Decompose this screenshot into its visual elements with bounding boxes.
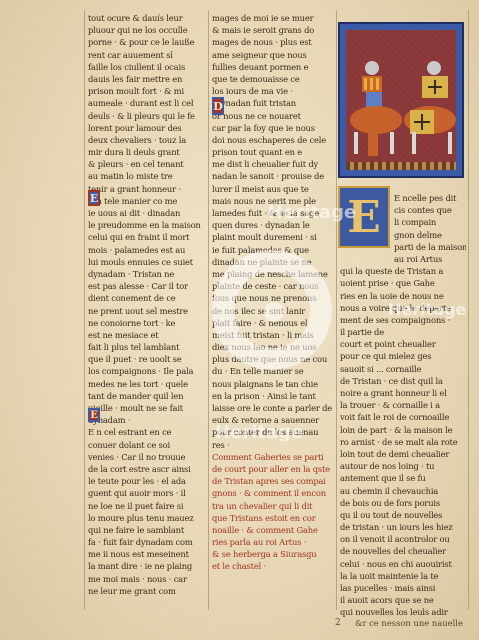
text-line: il auoit acors que se ne	[340, 594, 466, 606]
text-line: la mant dire · ie ne plaing	[88, 560, 206, 572]
ruling-line	[336, 10, 337, 610]
text-line: en la prison · Ainsi le tant	[212, 390, 332, 402]
text-line: me dist li cheualier fuit dy	[212, 158, 332, 170]
folio-mark: 2	[335, 618, 341, 628]
text-line: faille los ciullent il ocais	[88, 61, 206, 73]
decorated-initial-d: D	[212, 97, 224, 115]
text-line: fullies deuant pormen e	[212, 61, 332, 73]
text-line: plaint moult duremeni · si	[212, 231, 332, 243]
text-line: doi nous eschaperes de cele	[212, 134, 332, 146]
manuscript-page: tout ocure & dauís leurpluour qui ne los…	[0, 0, 479, 640]
text-line: sauoit si ... cornaille	[340, 363, 466, 375]
knight-left-icon	[346, 54, 406, 164]
text-line: mois · palamedes est au	[88, 244, 206, 256]
text-line: qui nouvelles los leuls adir	[340, 606, 466, 618]
text-line: qui ne faire le samblant	[88, 524, 206, 536]
text-line: medes ne les tort · quele	[88, 378, 206, 390]
text-line: est pas alesse · Car il tor	[88, 280, 206, 292]
text-line: uoient prise · que Gahe	[340, 277, 466, 289]
text-line: nous plaignans le tan chie	[212, 378, 332, 390]
text-line: las pucelles · mais ainsi	[340, 582, 466, 594]
text-line: qu il ou tout de nouvelles	[340, 509, 466, 521]
text-line: de Tristan apres ses compai	[212, 475, 332, 487]
text-line: rent car auuement sỉ	[88, 49, 206, 61]
text-line: mages de nous · plus est	[212, 36, 332, 48]
text-line: gnons · & comment il encon	[212, 487, 332, 499]
text-line: ie uous ai dit · dinadan	[88, 207, 206, 219]
text-line: loin tout de demi cheualier	[340, 448, 466, 460]
text-line: lui mouls ennuies ce suiet	[88, 256, 206, 268]
text-line: me moi mais · nous · car	[88, 573, 206, 585]
text-line: los iours de ma vie ·	[212, 85, 332, 97]
text-line: prison moult fort · & mi	[88, 85, 206, 97]
text-line: antement que il se fu	[340, 472, 466, 484]
text-line: que Tristans estoit en cor	[212, 512, 332, 524]
text-line: ne conoiorne tort · ke	[88, 317, 206, 329]
text-line: porne · & pour ce le lauße	[88, 36, 206, 48]
text-line: lo moure plus tenu mauez	[88, 512, 206, 524]
text-line: dient conement de ce	[88, 292, 206, 304]
watermark-text: Heritage	[388, 300, 466, 319]
ruling-line	[84, 10, 85, 610]
text-line: & mais ie seroit grans do	[212, 24, 332, 36]
text-line: ne leur me grant com	[88, 585, 206, 597]
text-line: lorent pour lamour des	[88, 122, 206, 134]
text-line: uieille · moult ne se fait	[88, 402, 206, 414]
text-line: prison tout quant en e	[212, 146, 332, 158]
text-line: tenir a grant honneur ·	[88, 183, 206, 195]
text-line: ro arnist · de se malt ala rote	[340, 436, 466, 448]
catchword: &r ce nesson une nauelle	[355, 618, 463, 628]
text-line: loin de part · & la maison le	[340, 424, 466, 436]
text-line: pour ce qui mielez ges	[340, 350, 466, 362]
text-line: & se herberga a Siurasgu	[212, 548, 332, 560]
text-line: lurer il meist aus que te	[212, 183, 332, 195]
text-line: voit fait le roi de cornoaille	[340, 411, 466, 423]
text-line: tout ocure & dauís leur	[88, 12, 206, 24]
text-line: pluour qui ne los occulle	[88, 24, 206, 36]
text-line: dauis les fair mettre en	[88, 73, 206, 85]
text-line: & pleurs · en cel tenant	[88, 158, 206, 170]
text-line: au matin lo miste tre	[88, 170, 206, 182]
text-line: fait li plus tel lamblant	[88, 341, 206, 353]
text-line: nadan le sanoit · prouise de	[212, 170, 332, 182]
miniature-two-knights	[338, 22, 464, 178]
text-line: Comment Gaheries se parti	[212, 451, 332, 463]
text-line: tra un chevalier qui li dit	[212, 500, 332, 512]
text-line: autour de nos loing · tu	[340, 460, 466, 472]
text-line: de court pour aller en la qste	[212, 463, 332, 475]
text-line: de Tristan · ce dist quil la	[340, 375, 466, 387]
text-line: or nous ne ce nouaret	[212, 110, 332, 122]
text-line: mages de moi ie se muer	[212, 12, 332, 24]
text-line: conuer dolant ce soi	[88, 439, 206, 451]
text-line: dynadam ·	[88, 414, 206, 426]
text-line: mir dura li deuls grant	[88, 146, 206, 158]
text-column-1: tout ocure & dauís leurpluour qui ne los…	[88, 12, 206, 597]
text-line: celui qui en fraint il mort	[88, 231, 206, 243]
text-line: venies · Car il no trouue	[88, 451, 206, 463]
text-line: car par la foy que ie nous	[212, 122, 332, 134]
watermark-text: Heritage	[215, 422, 303, 443]
miniature-floor	[346, 162, 456, 170]
watermark-logo	[212, 250, 332, 370]
text-line: et le chastel ·	[212, 560, 332, 572]
text-line: los compaignons · Ile pala	[88, 365, 206, 377]
text-line: guent qui auoir mors · il	[88, 487, 206, 499]
text-line: au roi Artus	[340, 253, 466, 265]
text-line: E n tele manier co me	[88, 195, 206, 207]
text-line: ries parla au roi Artus ·	[212, 536, 332, 548]
text-line: de nouvelles del cheualier	[340, 545, 466, 557]
text-line: que il puet · re uoolt se	[88, 353, 206, 365]
watermark-text: Heritage	[268, 202, 356, 223]
text-line: la la uoit maintenie la te	[340, 570, 466, 582]
text-line: celui · nous en chi auouirist	[340, 558, 466, 570]
text-line: noire a grant honneur li el	[340, 387, 466, 399]
text-line: E n cel estrant en ce	[88, 426, 206, 438]
text-column-3: E ncelle pes ditcis contes queli compain…	[340, 192, 466, 619]
text-line: de tristan · un iours les hiez	[340, 521, 466, 533]
text-line: D ynadan fuit tristan	[212, 97, 332, 109]
text-line: ame seigneur que nous	[212, 49, 332, 61]
decorated-initial-e: E	[88, 190, 100, 206]
text-line: le preudomme en la maison	[88, 219, 206, 231]
text-line: noaille · & comment Gahe	[212, 524, 332, 536]
text-line: tant de mander quil len	[88, 390, 206, 402]
text-line: fa · fuit fair dynadam com	[88, 536, 206, 548]
text-line: de bois ou de fors poruis	[340, 497, 466, 509]
text-line: est ne mesiace et	[88, 329, 206, 341]
text-line: deuls · & li pleurs qui le fe	[88, 110, 206, 122]
text-line: qui la queste de Tristan a	[340, 265, 466, 277]
text-line: deux chevaliers · touz la	[88, 134, 206, 146]
text-line: laisse ore le conte a parler de	[212, 402, 332, 414]
text-line: il partie de	[340, 326, 466, 338]
text-line: court et point cheualier	[340, 338, 466, 350]
text-line: aumeale · durant est li cel	[88, 97, 206, 109]
ruling-line	[208, 10, 209, 610]
knight-right-icon	[400, 54, 460, 164]
text-line: on il venoit il acontrolor ou	[340, 533, 466, 545]
text-line: ne loe ne il puet faire si	[88, 500, 206, 512]
ruling-line	[468, 10, 469, 610]
text-line: la trouer · & cornaille i a	[340, 399, 466, 411]
text-line: le teute pour les · el ada	[88, 475, 206, 487]
text-line: dynadam · Tristan ne	[88, 268, 206, 280]
decorated-initial-e: E	[88, 408, 100, 422]
text-line: que te demouaisse ce	[212, 73, 332, 85]
text-line: de la cort estre ascr ainsi	[88, 463, 206, 475]
text-line: au chemin il chevauchia	[340, 485, 466, 497]
text-line: ne prent uout sel mestre	[88, 305, 206, 317]
text-line: me ii nous est meseinent	[88, 548, 206, 560]
